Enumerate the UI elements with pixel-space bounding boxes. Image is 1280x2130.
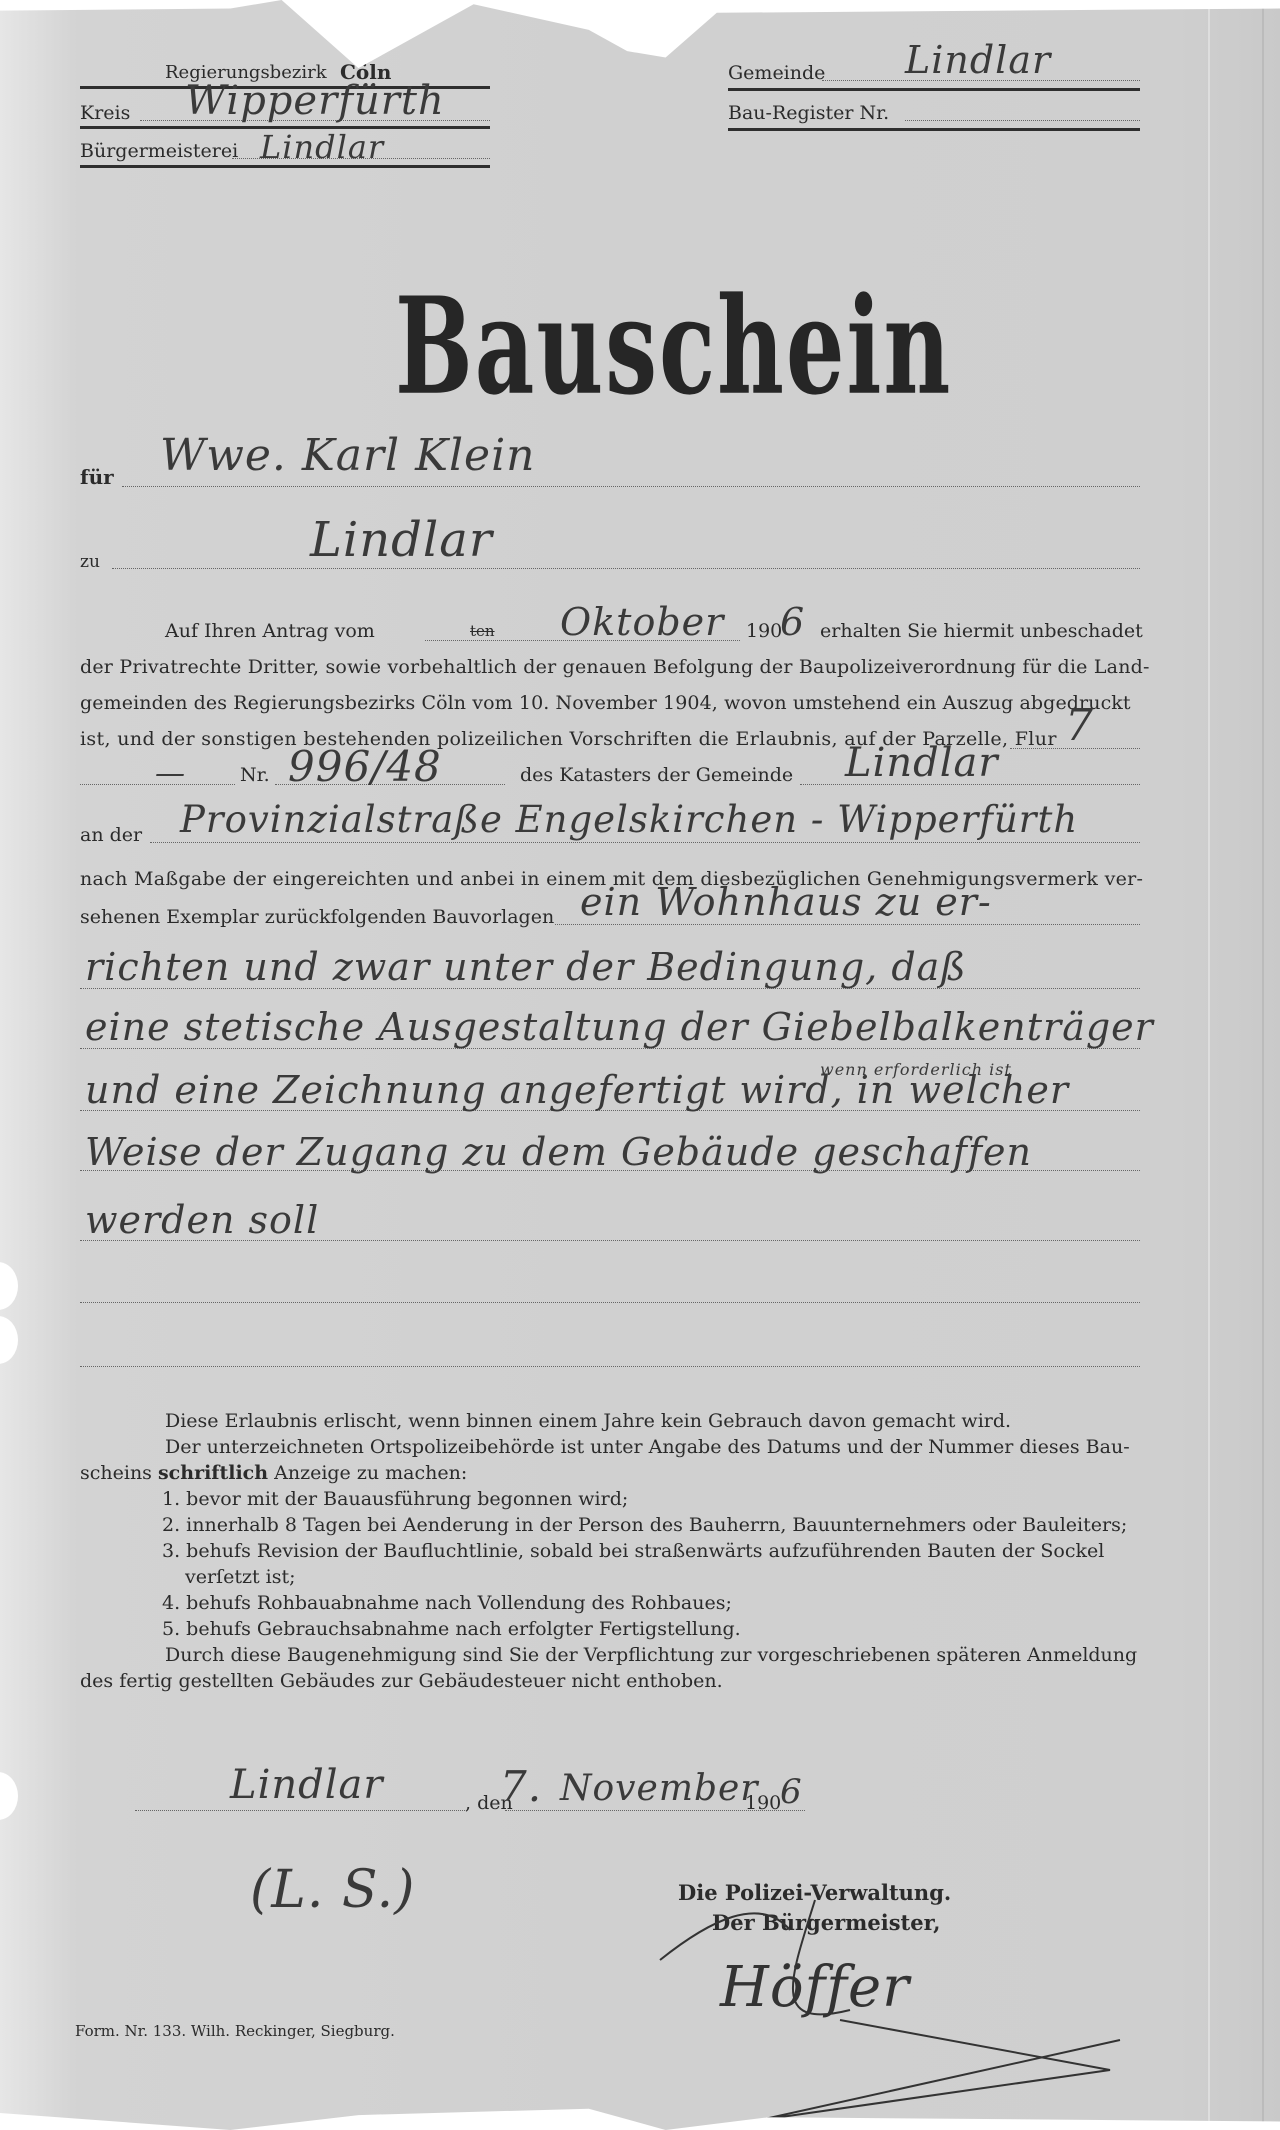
permit-line-1b: erhalten Sie hiermit unbeschadet: [820, 620, 1143, 642]
date-month: November: [560, 1768, 759, 1809]
date-year-digit: 6: [780, 1772, 803, 1812]
zu-label: zu: [80, 552, 100, 572]
form-imprint: Form. Nr. 133. Wilh. Reckinger, Siegburg…: [75, 2022, 395, 2040]
punch-hole: [0, 1316, 18, 1364]
document-page: Regierungsbezirk Cöln Kreis Wipperfürth …: [0, 0, 1280, 2130]
notice-p2b-bold: schriftlich: [158, 1462, 268, 1484]
header-rule: [728, 128, 1140, 131]
an-der-value: Provinzialstraße Engelskirchen - Wipperf…: [180, 798, 1078, 841]
notice-p2a: Der unterzeichneten Ortspolizeibehörde i…: [165, 1436, 1130, 1458]
fuer-field-line: [122, 486, 1140, 487]
buergermeisterei-label: Bürgermeisterei: [80, 140, 238, 162]
condition-text: richten und zwar unter der Bedingung, da…: [85, 945, 967, 989]
struck-text: ten: [470, 622, 495, 640]
paper-crease: [1262, 0, 1264, 2130]
permit-line-8: sehenen Exemplar zurückfolgenden Bauvorl…: [80, 906, 554, 928]
date-day: 7.: [500, 1762, 542, 1811]
header-rule: [80, 165, 490, 168]
bauvorlagen-field-line: [555, 924, 1140, 925]
gemeinde-value: Lindlar: [905, 38, 1051, 82]
antrag-month: Oktober: [560, 600, 724, 644]
notice-item: 3. behufs Revision der Baufluchtlinie, s…: [162, 1540, 1104, 1562]
signature-flourish: [650, 1900, 1170, 2110]
date-year-prefix: 190: [745, 1792, 781, 1814]
place-field-line: [135, 1810, 465, 1811]
punch-hole: [0, 1262, 18, 1310]
permit-line-2: der Privatrechte Dritter, sowie vorbehal…: [80, 656, 1150, 678]
nr-value: 996/48: [288, 742, 442, 791]
notice-p2b-post: Anzeige zu machen:: [274, 1462, 467, 1484]
date-place: Lindlar: [230, 1762, 383, 1808]
kataster-label: des Katasters der Gemeinde: [520, 764, 793, 786]
condition-text: Weise der Zugang zu dem Gebäude geschaff…: [85, 1130, 1032, 1174]
permit-line-1a: Auf Ihren Antrag vom: [165, 620, 375, 642]
empty-line: [80, 1366, 1140, 1367]
page-title: Bauschein: [395, 268, 952, 425]
antrag-year-prefix: 190: [746, 620, 782, 642]
notice-p2b-pre: scheins: [80, 1462, 152, 1484]
gemeinde-label: Gemeinde: [728, 62, 825, 84]
notice-item: 4. behufs Rohbauabnahme nach Vollendung …: [162, 1592, 732, 1614]
buergermeisterei-value: Lindlar: [260, 128, 384, 166]
paper-crease: [1208, 0, 1210, 2130]
bau-register-field-line: [905, 120, 1140, 121]
antrag-year-digit: 6: [780, 600, 805, 644]
an-der-label: an der: [80, 824, 142, 846]
flur-dash: —: [155, 756, 186, 791]
notice-item: 2. innerhalb 8 Tagen bei Aenderung in de…: [162, 1514, 1127, 1536]
kataster-value: Lindlar: [845, 740, 998, 786]
condition-text: werden soll: [85, 1198, 319, 1242]
nr-label: Nr.: [240, 764, 270, 786]
condition-text: und eine Zeichnung angefertigt wird, in …: [85, 1068, 1069, 1112]
notice-p2b: scheins schriftlich Anzeige zu machen:: [80, 1462, 467, 1484]
zu-field-line: [112, 568, 1140, 569]
empty-line: [80, 1302, 1140, 1303]
fuer-label: für: [80, 465, 114, 489]
kreis-label: Kreis: [80, 102, 130, 124]
permit-line-3: gemeinden des Regierungsbezirks Cöln vom…: [80, 692, 1131, 714]
kreis-value: Wipperfürth: [185, 78, 445, 124]
notice-p3b: des fertig gestellten Gebäudes zur Gebäu…: [80, 1670, 723, 1692]
an-der-field-line: [150, 842, 1140, 843]
notice-item: 1. bevor mit der Bauausführung begonnen …: [162, 1488, 628, 1510]
bau-register-label: Bau-Register Nr.: [728, 102, 889, 124]
seal-mark: (L. S.): [250, 1860, 415, 1920]
notice-item-continued: verſetzt ist;: [185, 1566, 296, 1588]
zu-value: Lindlar: [310, 512, 493, 568]
condition-text: eine stetische Ausgestaltung der Giebelb…: [85, 1005, 1154, 1049]
flur-value: 7: [1065, 700, 1094, 751]
punch-hole: [0, 1772, 18, 1820]
bauvorlagen-value: ein Wohnhaus zu er-: [580, 880, 992, 924]
notice-item: 5. behufs Gebrauchsabnahme nach erfolgte…: [162, 1618, 741, 1640]
notice-p3a: Durch diese Baugenehmigung sind Sie der …: [165, 1644, 1137, 1666]
notice-p1: Diese Erlaubnis erlischt, wenn binnen ei…: [165, 1410, 1011, 1432]
fuer-value: Wwe. Karl Klein: [160, 430, 536, 481]
header-rule: [728, 88, 1140, 91]
